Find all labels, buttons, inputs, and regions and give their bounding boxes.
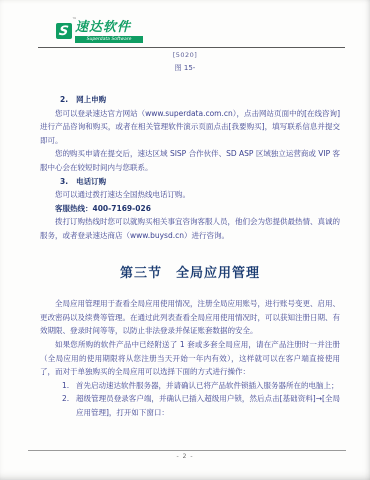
step-text: 超级管理员登录客户端，并确认已插入超级用户锁，然后点击[基础资料]→[全局应用管… — [76, 392, 340, 419]
header-rule — [38, 47, 345, 48]
content-area: 2.网上申购 您可以登录速达官方网站（www.superdata.com.cn）… — [40, 93, 340, 419]
brand-subtitle-bar: Superdata Software — [75, 36, 143, 43]
paragraph-phone-1: 您可以通过拨打速达全国热线电话订购。 — [40, 188, 340, 202]
brand-text: 速达软件 Superdata Software — [75, 21, 143, 43]
step-list: 1. 首先启动速达软件服务器，并请确认已将产品软件锁插入服务器所在的电脑上； 2… — [40, 379, 340, 420]
paragraph-phone-2: 拨打订购热线时您可以就购买相关事宜咨询客服人员，他们会为您提供最热情、真诚的服务… — [40, 215, 340, 242]
document-page: S 速达软件 Superdata Software ™ [5020] 图 15-… — [0, 0, 370, 480]
section-heading-online: 2.网上申购 — [60, 93, 340, 107]
chapter-label: 第三节 — [120, 266, 162, 281]
paragraph-chapter-1: 全局应用管理用于查看全局应用使用情况，注册全局应用账号，进行账号变更、启用、更改… — [40, 297, 340, 338]
logo-mark-icon: S — [56, 23, 72, 39]
section-heading-phone: 3.电话订购 — [60, 175, 340, 189]
section-title: 电话订购 — [76, 177, 106, 186]
brand-logo: S 速达软件 Superdata Software — [56, 21, 143, 43]
paragraph-online-1: 您可以登录速达官方网站（www.superdata.com.cn），点击网站页面… — [40, 107, 340, 148]
step-number: 2. — [62, 392, 76, 419]
section-number: 2. — [60, 95, 68, 104]
step-item: 1. 首先启动速达软件服务器，并请确认已将产品软件锁插入服务器所在的电脑上； — [40, 379, 340, 393]
footer-rule — [28, 450, 346, 451]
page-number: - 2 - — [0, 453, 370, 460]
paragraph-chapter-2: 如果您所购的软件产品中已经附送了 1 套或多套全局应用，请在产品注册时一并注册（… — [40, 338, 340, 379]
hotline-number: 客服热线：400-7169-026 — [40, 202, 340, 216]
brand-name: 速达软件 — [75, 21, 143, 35]
section-number: 3. — [60, 177, 68, 186]
chapter-title: 全局应用管理 — [176, 266, 260, 281]
trademark-mark: ™ — [72, 17, 77, 23]
section-title: 网上申购 — [76, 95, 106, 104]
step-text: 首先启动速达软件服务器，并请确认已将产品软件锁插入服务器所在的电脑上； — [76, 379, 340, 393]
step-number: 1. — [62, 379, 76, 393]
step-item: 2. 超级管理员登录客户端，并确认已插入超级用户锁，然后点击[基础资料]→[全局… — [40, 392, 340, 419]
paragraph-online-2: 您的购买申请在提交后，速达区域 SISP 合作伙伴、SD ASP 区域独立运营商… — [40, 147, 340, 174]
brand-subtitle: Superdata Software — [87, 37, 132, 42]
figure-caption: 图 15- — [0, 63, 370, 73]
chapter-heading: 第三节全局应用管理 — [40, 267, 340, 281]
figure-code: [5020] — [0, 51, 370, 59]
logo-letter: S — [58, 25, 69, 38]
